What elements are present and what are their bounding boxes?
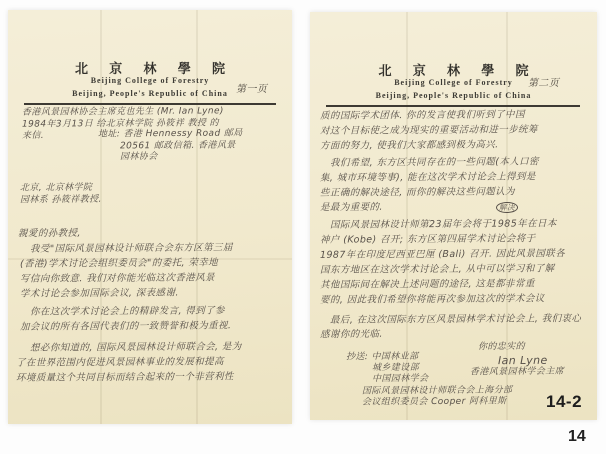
handwritten-circled-note: 解决	[496, 195, 518, 214]
handwritten-line: 集, 城市环境等事), 能在这次学术讨论会上得到是	[320, 169, 536, 186]
handwritten-line: 了在世界范围内促进风景园林事业的发展和提高	[16, 354, 224, 370]
scanned-letter-figure: 北 京 林 學 院 Beijing College of Forestry Be…	[0, 0, 606, 454]
handwritten-salutation: 親愛的孙教授,	[18, 226, 81, 241]
handwritten-line: 想必你知道的, 国际风景园林设计师联合会, 是为	[30, 339, 242, 355]
handwritten-line: 感谢你的光临.	[320, 327, 383, 342]
handwritten-line: 北京, 北京林学院	[20, 183, 92, 195]
handwritten-signer-title: 香港风景园林学会主席	[470, 367, 564, 379]
handwritten-line: 园林协会	[120, 152, 158, 163]
handwritten-line: 国际风景园林设计师第23届年会将于1985年在日本	[330, 216, 557, 233]
handwritten-line: 园林系 孙筱祥教授.	[20, 195, 102, 207]
handwritten-cc-line: 城乡建设部	[372, 363, 419, 374]
handwritten-cc-line: 中国园林学会	[372, 374, 428, 385]
handwritten-closing: 你的忠实的	[478, 342, 525, 353]
page-number: 14	[568, 428, 586, 446]
handwritten-line: 最后, 在这次国际东方区风景园林学术讨论会上, 我们衷心	[330, 311, 581, 328]
handwritten-page-note: 第二页	[528, 74, 559, 89]
handwritten-line: (香港)学术讨论会组织委员会"的委托, 荣幸地	[20, 255, 218, 271]
handwritten-line: 质的国际学术团体. 你的发言使我们听到了中国	[320, 107, 525, 123]
letterhead-en2: Beijing, People's Republic of China	[310, 91, 597, 100]
handwritten-line: 是最为重要的.	[320, 200, 383, 215]
handwritten-line: 写信向你致意. 我们对你能光临这次香港风景	[20, 270, 215, 286]
letter-page-2: 北 京 林 學 院 Beijing College of Forestry Be…	[310, 12, 597, 420]
handwritten-cc-line: 会议组织委员会 Cooper 阿科里斯	[362, 396, 507, 408]
handwritten-line: 环境质量这个共同目标而结合起来的一个非营利性	[16, 369, 234, 386]
handwritten-signature: Ian Lyne	[498, 354, 548, 367]
handwritten-line: 神户 (Kobe) 召开; 东方区第四届学术讨论会将于	[320, 231, 536, 248]
letter-page-1: 北 京 林 學 院 Beijing College of Forestry Be…	[8, 10, 292, 424]
handwritten-line: 国东方地区在这次学术讨论会上, 从中可以学习和了解	[320, 261, 555, 278]
letterhead-rule	[326, 105, 580, 107]
letterhead-rule	[24, 103, 276, 105]
handwritten-line: 香港风景园林协会主席克也先生 (Mr. Ian Lyne)	[22, 106, 224, 118]
handwritten-line: 1987年在印度尼西亚巴厘 (Bali) 召开. 因此风景园联各	[320, 246, 565, 263]
handwritten-line: 地址: 香港 Hennessy Road 邮局	[98, 128, 243, 140]
handwritten-line: 20561 邮政信箱. 香港风景	[120, 141, 236, 153]
handwritten-line: 我受"国际风景园林设计师联合会东方区第三届	[30, 240, 233, 256]
letterhead-cn: 北 京 林 學 院	[8, 58, 292, 77]
figure-number: 14-2	[546, 392, 582, 412]
handwritten-line: 你在这次学术讨论会上的精辟发言, 得到了参	[30, 303, 225, 319]
handwritten-page-note: 第一页	[236, 80, 267, 95]
handwritten-line: 来信.	[22, 131, 44, 142]
handwritten-line: 加会议的所有各国代表们的一致赞誉和极为重视.	[20, 318, 231, 334]
handwritten-line: 我们希望, 东方区共同存在的一些问题(本人口密	[330, 154, 539, 170]
handwritten-line: 要的, 因此我们希望你将能再次参加这次的学术会议	[320, 291, 545, 308]
handwritten-line: 对这个目标使之成为现实的重要活动和进一步统筹	[320, 122, 538, 139]
handwritten-line: 些正确的解决途径, 而你的解决这些问题认为	[320, 184, 515, 200]
handwritten-line: 其他国际间在解决上述问题的途径, 这是都非常重	[320, 276, 535, 292]
handwritten-line: 学术讨论会参加国际会议, 深表感谢.	[20, 285, 179, 301]
circled-note-text: 解决	[496, 202, 518, 213]
handwritten-cc-line: 抄送: 中国林业部	[346, 352, 419, 364]
handwritten-line: 方面的努力, 使我们大家都感到极为高兴.	[320, 137, 499, 153]
